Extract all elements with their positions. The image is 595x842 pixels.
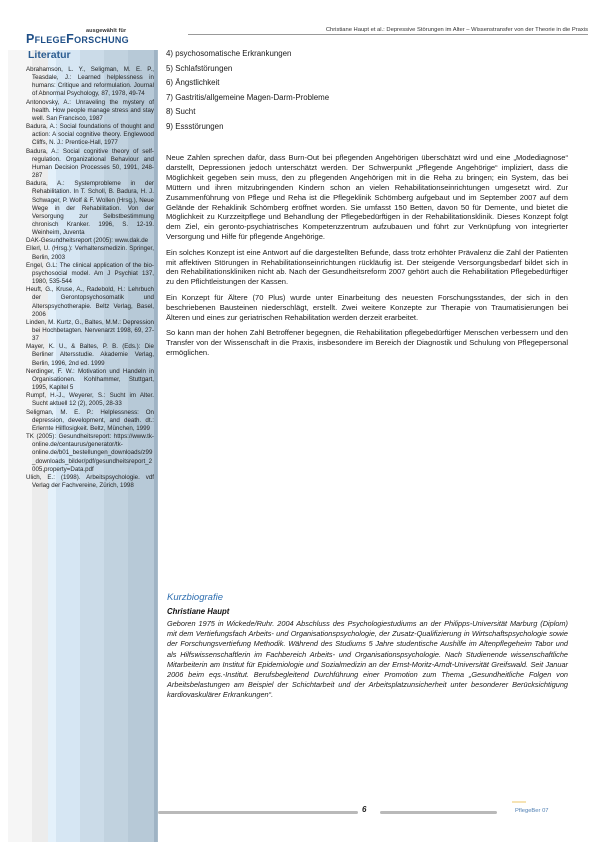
list-item: 6) Ängstlichkeit [166,76,568,91]
reference-item: Nerdinger, F. W.: Motivation und Handeln… [26,368,154,392]
reference-item: Linden, M. Kurtz, G., Baltes, M.M.: Depr… [26,319,154,343]
list-item: 9) Essstörungen [166,120,568,135]
paragraph: Neue Zahlen sprechen dafür, dass Burn-Ou… [166,153,568,242]
reference-item: Badura, A.: Social cognitive theory of s… [26,148,154,181]
bio-text: Geboren 1975 in Wickede/Ruhr. 2004 Absch… [167,619,568,701]
footer-rule [158,811,358,814]
reference-item: Abrahamson, L. Y., Seligman, M. E. P., T… [26,66,154,99]
reference-item: Badura, A.: Systemprobleme in der Rehabi… [26,180,154,237]
reference-item: Mayer, K. U., & Baltes, P. B. (Eds.): Di… [26,343,154,367]
paragraph: Ein Konzept für Ältere (70 Plus) wurde u… [166,293,568,323]
page-number: 6 [362,805,366,814]
list-item: 7) Gastritis/allgemeine Magen-Darm-Probl… [166,91,568,106]
reference-item: Ulich, E.: (1998). Arbeitspsychologie. v… [26,474,154,490]
literature-heading: Literatur [28,49,71,61]
reference-item: Heuft, G., Kruse, A., Radebold, H.: Lehr… [26,286,154,319]
paragraph: So kann man der hohen Zahl Betroffener b… [166,328,568,358]
reference-list: Abrahamson, L. Y., Seligman, M. E. P., T… [26,66,154,490]
reference-item: Ellerl, U. (Hrsg.): Verhaltensmedizin. S… [26,245,154,261]
list-item: 5) Schlafstörungen [166,62,568,77]
issue-label: PflegeBer 07 [515,808,549,814]
reference-item: TK (2005): Gesundheitsreport: https://ww… [26,433,154,474]
sidebar-edge [154,50,157,842]
brand-title: PflegeForschung [26,32,129,46]
running-header: Christiane Haupt et al.: Depressive Stör… [188,27,588,35]
numbered-list: 4) psychosomatische Erkrankungen 5) Schl… [166,47,568,135]
issue-accent-bar [512,801,526,803]
list-item: 8) Sucht [166,105,568,120]
reference-item: Seligman, M. E. P.: Helplessness: On dep… [26,409,154,433]
bio-author-name: Christiane Haupt [167,607,229,616]
body-text: Neue Zahlen sprechen dafür, dass Burn-Ou… [166,153,568,363]
bio-heading: Kurzbiografie [167,592,223,603]
reference-item: DAK-Gesundheitsreport (2005): www.dak.de [26,237,154,245]
reference-item: Antonovsky, A.: Unraveling the mystery o… [26,99,154,123]
brand-logo: ausgewählt für PflegeForschung [26,28,161,50]
reference-item: Engel, G.L: The clinical application of … [26,262,154,286]
paragraph: Ein solches Konzept ist eine Antwort auf… [166,248,568,288]
reference-item: Rumpf, H.-J., Weyerer, S.: Sucht im Alte… [26,392,154,408]
reference-item: Badura, A.: Social foundations of though… [26,123,154,147]
footer-rule [380,811,497,814]
list-item: 4) psychosomatische Erkrankungen [166,47,568,62]
